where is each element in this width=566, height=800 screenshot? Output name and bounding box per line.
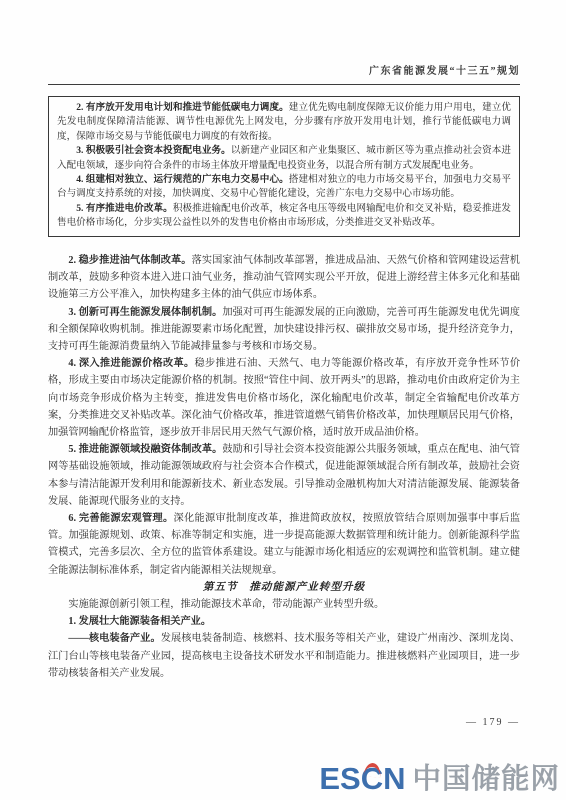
body-paragraph: 3. 创新可再生能源发展体制机制。加强对可再生能源发展的正向激励，完善可再生能源… [48, 304, 520, 356]
body-text: 2. 稳步推进油气体制改革。落实国家油气体制改革部署，推进成品油、天然气价格和管… [48, 252, 520, 682]
box-item: 2. 有序放开发用电计划和推进节能低碳电力调度。建立优先购电制度保障无议价能力用… [57, 101, 511, 144]
box-item-lead: 2. 有序放开发用电计划和推进节能低碳电力调度。 [76, 102, 289, 113]
body-paragraph: 6. 完善能源宏观管理。深化能源审批制度改革，推进简政放权，按照放管结合原则加强… [48, 510, 520, 579]
paragraph-text: 稳步推进石油、天然气、电力等能源价格改革，有序放开竞争性环节价格，形成主要由市场… [48, 358, 520, 438]
header-rule [48, 84, 520, 85]
box-item: 4. 组建相对独立、运行规范的广东电力交易中心。搭建相对独立的电力市场交易平台，… [57, 173, 511, 202]
section-intro: 实施能源创新引领工程，推动能源技术革命，带动能源产业转型升级。 [48, 596, 520, 613]
dash-paragraph-lead: ——核电装备产业。 [68, 633, 160, 644]
section-item: 1. 发展壮大能源装备相关产业。 [48, 613, 520, 630]
box-item-lead: 4. 组建相对独立、运行规范的广东电力交易中心。 [76, 174, 289, 185]
escn-logo-n: N [383, 761, 405, 796]
paragraph-lead: 4. 深入推进能源价格改革。 [68, 358, 194, 369]
paragraph-lead: 3. 创新可再生能源发展体制机制。 [68, 307, 222, 318]
paragraph-lead: 5. 推进能源领域投融资体制改革。 [68, 444, 222, 455]
escn-logo: ESCN 中国储能网 [319, 762, 560, 796]
paragraph-lead: 2. 稳步推进油气体制改革。 [68, 255, 191, 266]
escn-logo-latin: ESCN [319, 762, 405, 796]
body-paragraph: 4. 深入推进能源价格改革。稳步推进石油、天然气、电力等能源价格改革，有序放开竞… [48, 355, 520, 441]
running-header-title: 广东省能源发展“十三五”规划 [48, 62, 520, 77]
body-paragraph: 2. 稳步推进油气体制改革。落实国家油气体制改革部署，推进成品油、天然气价格和管… [48, 252, 520, 304]
highlight-box: 2. 有序放开发用电计划和推进节能低碳电力调度。建立优先购电制度保障无议价能力用… [48, 96, 520, 237]
document-page: 广东省能源发展“十三五”规划 2. 有序放开发用电计划和推进节能低碳电力调度。建… [0, 0, 566, 800]
section-heading: 第五节 推动能源产业转型升级 [48, 579, 520, 596]
paragraph-lead: 6. 完善能源宏观管理。 [68, 513, 173, 524]
section-dash-paragraph: ——核电装备产业。发展核电装备制造、核燃料、技术服务等相关产业，建设广州南沙、深… [48, 630, 520, 682]
escn-logo-c-wrap: C [361, 762, 383, 796]
section-item-lead: 1. 发展壮大能源装备相关产业。 [68, 616, 211, 627]
escn-logo-es: ES [319, 761, 360, 796]
box-item-lead: 5. 有序推进电价改革。 [76, 203, 173, 214]
page-number: — 179 — [466, 717, 520, 728]
box-item: 5. 有序推进电价改革。积极推进输配电价改革，核定各电压等级电网输配电价和交叉补… [57, 202, 511, 231]
escn-logo-chinese: 中国储能网 [412, 762, 560, 796]
body-paragraph: 5. 推进能源领域投融资体制改革。鼓励和引导社会资本投资能源公共服务领域，重点在… [48, 441, 520, 510]
box-item-lead: 3. 积极吸引社会资本投资配电业务。 [76, 145, 231, 156]
box-item: 3. 积极吸引社会资本投资配电业务。以新建产业园区和产业集聚区、城市新区等为重点… [57, 144, 511, 173]
